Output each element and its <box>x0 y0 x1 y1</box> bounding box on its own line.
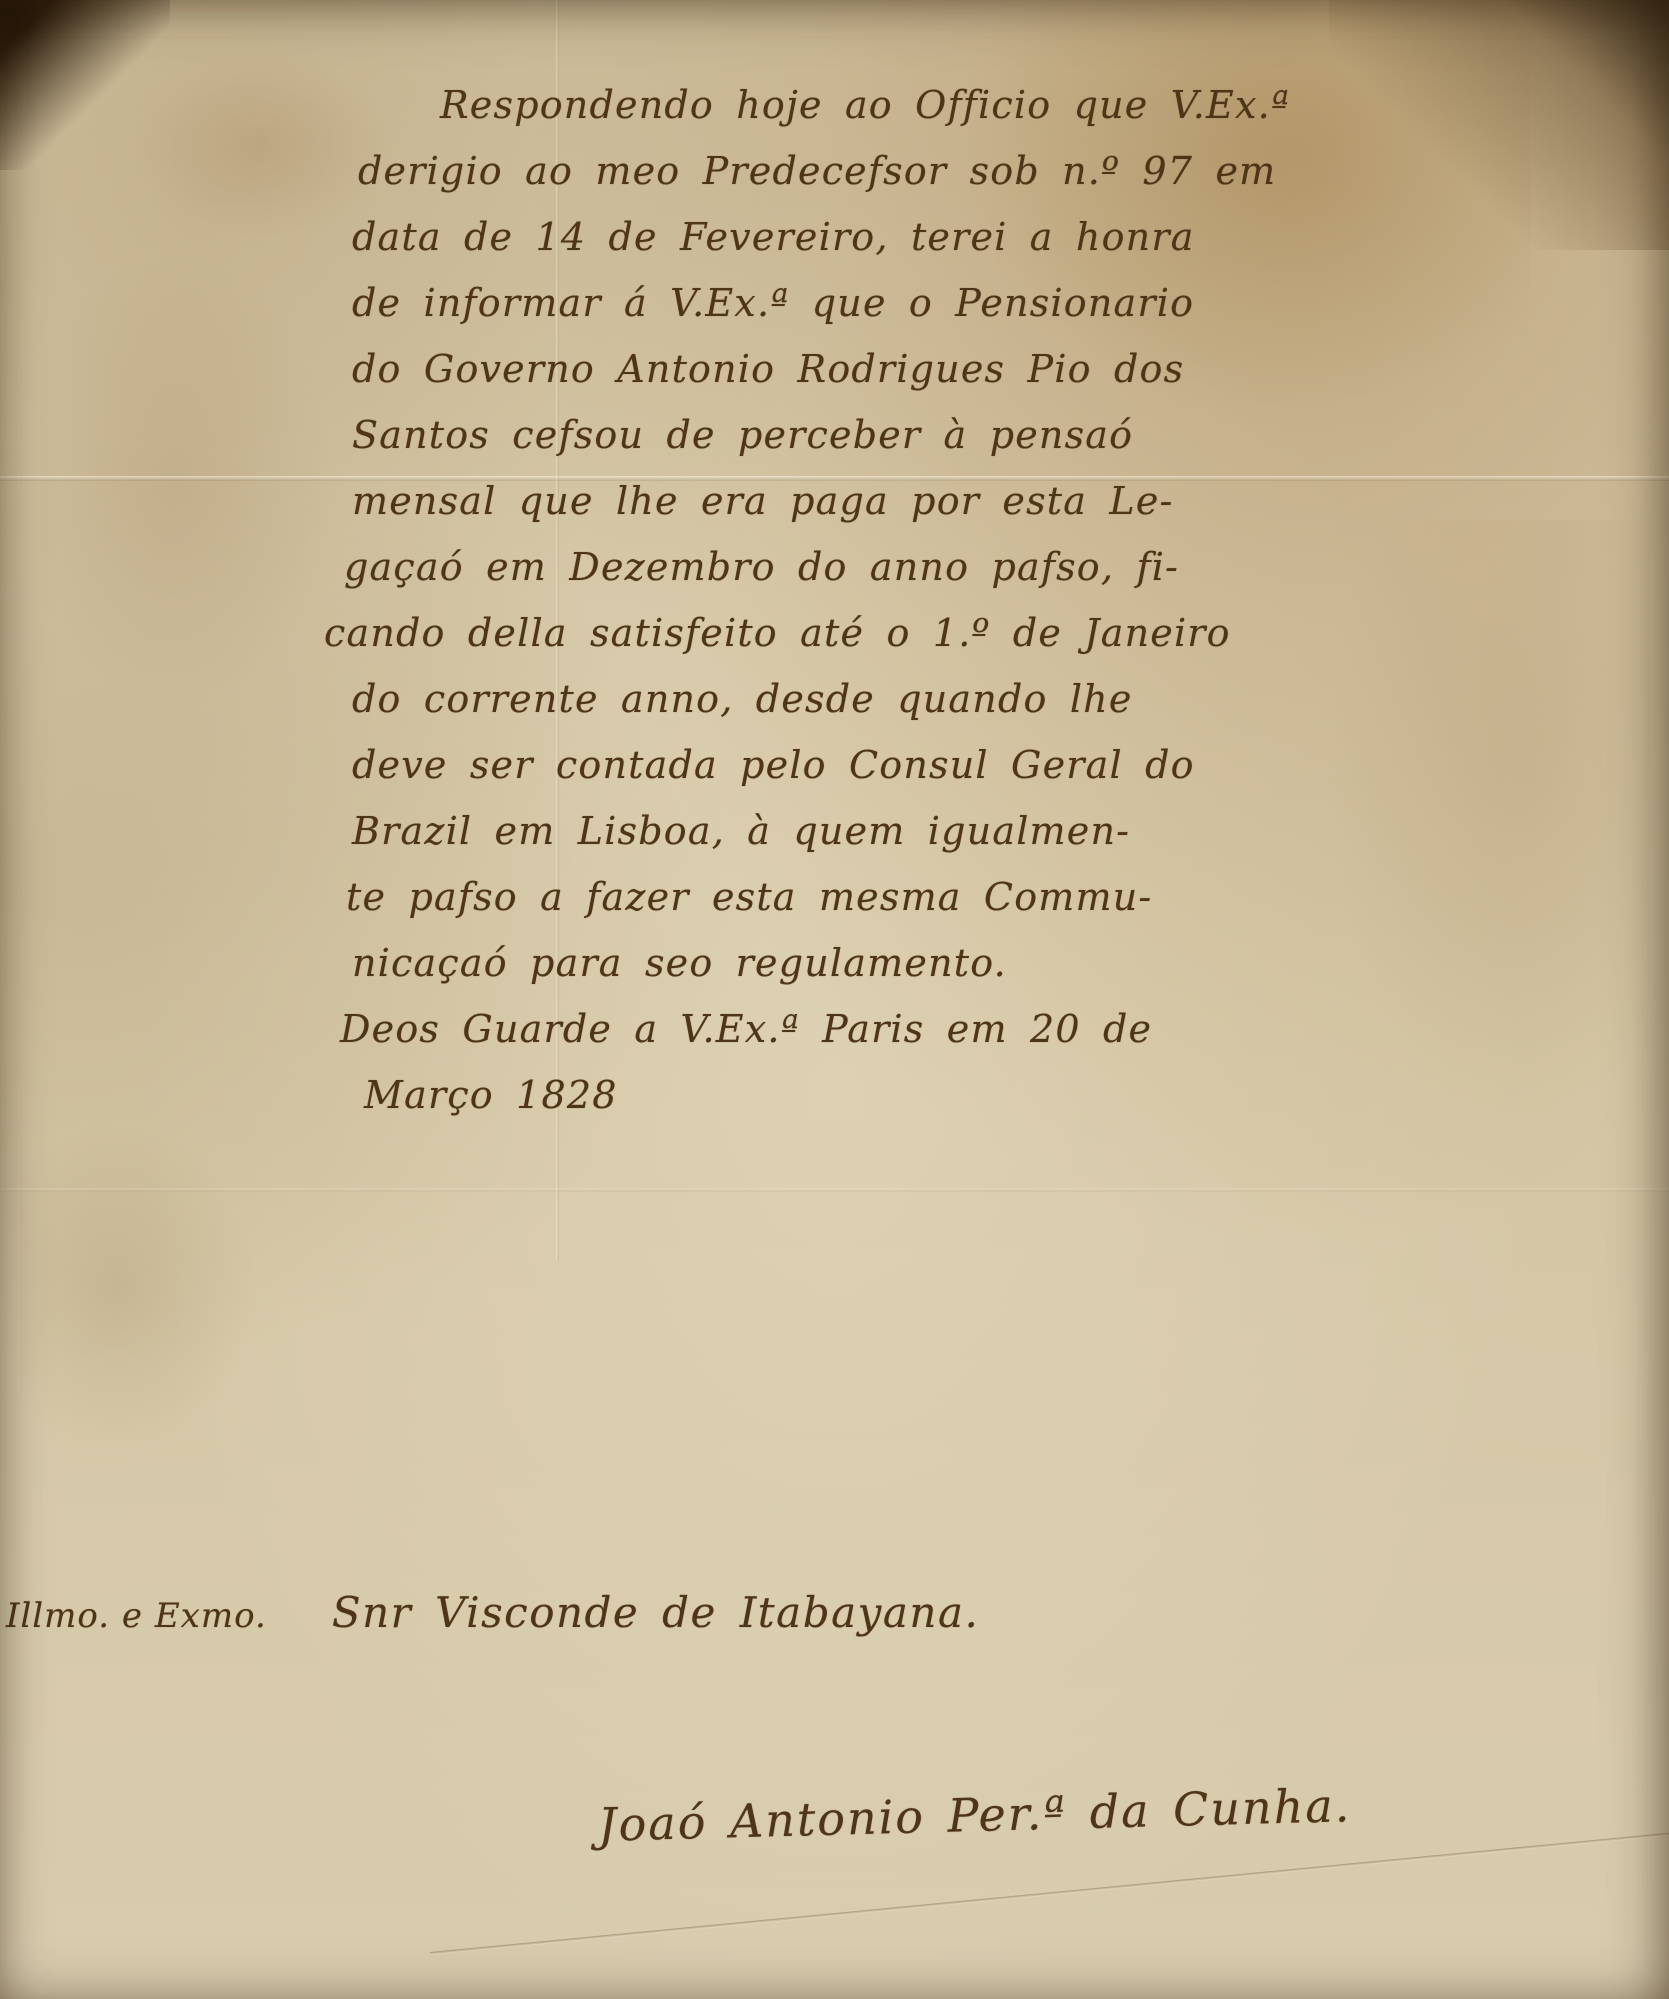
letter-line: deve ser contada pelo Consul Geral do <box>352 732 1362 798</box>
letter-line: derigio ao meo Predecefsor sob n.º 97 em <box>358 138 1362 204</box>
paper-stain <box>1330 520 1650 1120</box>
letter-line: gaçaó em Dezembro do anno pafso, fi- <box>344 534 1362 600</box>
letter-line: mensal que lhe era paga por esta Le- <box>352 468 1362 534</box>
letter-line: Santos cefsou de perceber à pensaó <box>352 402 1362 468</box>
letter-body: Respondendo hoje ao Officio que V.Ex.ª d… <box>352 72 1362 1128</box>
horizontal-fold-crease <box>0 1188 1669 1192</box>
letter-line: cando della satisfeito até o 1.º de Jane… <box>324 600 1362 666</box>
honorific-text: Illmo. e Exmo. <box>6 1596 267 1636</box>
letter-line: nicaçaó para seo regulamento. <box>352 930 1362 996</box>
signature-text: Joaó Antonio Per.ª da Cunha. <box>597 1778 1351 1852</box>
letter-line: data de 14 de Fevereiro, terei a honra <box>352 204 1362 270</box>
letter-line: do Governo Antonio Rodrigues Pio dos <box>352 336 1362 402</box>
letter-line: do corrente anno, desde quando lhe <box>352 666 1362 732</box>
addressee-text: Snr Visconde de Itabayana. <box>332 1588 980 1637</box>
page-corner-shadow-top-right <box>1329 0 1669 250</box>
letter-line: Brazil em Lisboa, à quem igualmen- <box>352 798 1362 864</box>
letter-line: Deos Guarde a V.Ex.ª Paris em 20 de <box>340 996 1362 1062</box>
paper-stain <box>20 1120 260 1460</box>
address-block: Illmo. e Exmo. Snr Visconde de Itabayana… <box>6 1588 979 1637</box>
letter-line: de informar á V.Ex.ª que o Pensionario <box>352 270 1362 336</box>
letter-line: te pafso a fazer esta mesma Commu- <box>346 864 1362 930</box>
paper-stain <box>40 250 340 710</box>
manuscript-page: Respondendo hoje ao Officio que V.Ex.ª d… <box>0 0 1669 1999</box>
letter-line: Respondendo hoje ao Officio que V.Ex.ª <box>440 72 1362 138</box>
letter-line: Março 1828 <box>364 1062 1362 1128</box>
page-corner-shadow-top-left <box>0 0 170 170</box>
